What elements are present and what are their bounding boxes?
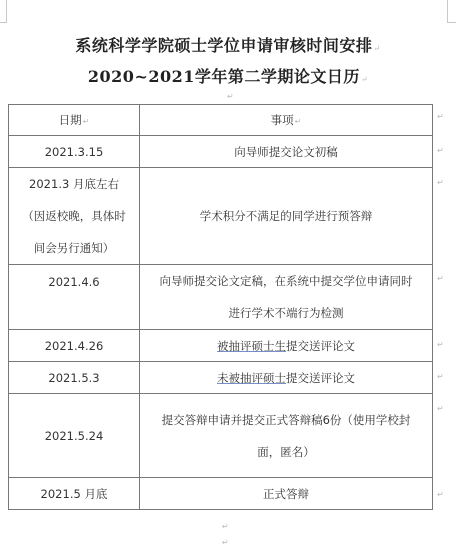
date-cell: 2021.5 月底: [9, 478, 140, 510]
item-cell: 向导师提交论文定稿，在系统中提交学位申请同时 进行学术不端行为检测: [140, 265, 433, 330]
item-cell: 提交答辩申请并提交正式答辩稿6份（使用学校封 面，匿名）: [140, 394, 433, 478]
row-end-mark: ↵: [437, 146, 444, 155]
item-cell: 向导师提交论文初稿: [140, 136, 433, 168]
item-line: 进行学术不端行为检测: [146, 297, 426, 329]
date-cell: 2021.5.24: [9, 394, 140, 478]
paragraph-mark: ↵: [295, 117, 302, 126]
row-end-mark: ↵: [437, 178, 444, 187]
paragraph-mark: ↵: [373, 44, 380, 53]
item-line: 向导师提交论文定稿，在系统中提交学位申请同时: [146, 265, 426, 297]
date-cell: 2021.4.26: [9, 330, 140, 362]
subtitle-text: 2020~2021学年第二学期论文日历: [88, 67, 360, 86]
paragraph-mark: ↵: [222, 538, 229, 547]
table-row: 2021.3.15 向导师提交论文初稿: [9, 136, 433, 168]
row-end-mark: ↵: [437, 372, 444, 381]
title-text: 系统科学学院硕士学位申请审核时间安排: [75, 36, 372, 55]
item-text: 提交送评论文: [286, 371, 355, 385]
header-date: 日期↵: [9, 105, 140, 136]
document-subtitle: 2020~2021学年第二学期论文日历↵: [0, 64, 456, 87]
page-corner-mark-right: [447, 0, 456, 23]
item-line: 面，匿名）: [146, 436, 426, 468]
table-row: 2021.4.6 向导师提交论文定稿，在系统中提交学位申请同时 进行学术不端行为…: [9, 265, 433, 330]
paragraph-mark: ↵: [83, 117, 90, 126]
header-item-label: 事项: [271, 113, 294, 127]
thesis-calendar-table: 日期↵ 事项↵ 2021.3.15 向导师提交论文初稿 2021.3 月底左右 …: [8, 104, 433, 510]
table-row: 2021.4.26 被抽评硕士生提交送评论文: [9, 330, 433, 362]
page-corner-mark-left: [0, 0, 7, 23]
underlined-text: 未被抽评硕士: [217, 371, 286, 385]
item-line: 提交答辩申请并提交正式答辩稿6份（使用学校封: [146, 404, 426, 436]
date-cell: 2021.3.15: [9, 136, 140, 168]
paragraph-mark: ↵: [361, 75, 368, 84]
item-cell: 学术积分不满足的同学进行预答辩: [140, 168, 433, 265]
paragraph-mark: ↵: [222, 522, 229, 531]
underlined-text: 被抽评硕士生: [217, 339, 286, 353]
row-end-mark: ↵: [437, 112, 444, 121]
header-date-label: 日期: [59, 113, 82, 127]
table-row: 2021.5.3 未被抽评硕士提交送评论文: [9, 362, 433, 394]
document-title: 系统科学学院硕士学位申请审核时间安排↵: [0, 33, 456, 56]
date-line: 2021.3 月底左右: [15, 168, 133, 200]
table-row: 2021.5.24 提交答辩申请并提交正式答辩稿6份（使用学校封 面，匿名）: [9, 394, 433, 478]
paragraph-mark: ↵: [227, 92, 234, 101]
date-cell: 2021.5.3: [9, 362, 140, 394]
header-item: 事项↵: [140, 105, 433, 136]
date-cell: 2021.4.6: [9, 265, 140, 330]
item-cell: 被抽评硕士生提交送评论文: [140, 330, 433, 362]
row-end-mark: ↵: [437, 490, 444, 499]
table-row: 2021.3 月底左右 （因返校晚，具体时 间会另行通知） 学术积分不满足的同学…: [9, 168, 433, 265]
date-line: 间会另行通知）: [15, 232, 133, 264]
row-end-mark: ↵: [437, 274, 444, 283]
table-header-row: 日期↵ 事项↵: [9, 105, 433, 136]
date-line: （因返校晚，具体时: [15, 200, 133, 232]
item-cell: 正式答辩: [140, 478, 433, 510]
item-cell: 未被抽评硕士提交送评论文: [140, 362, 433, 394]
date-cell: 2021.3 月底左右 （因返校晚，具体时 间会另行通知）: [9, 168, 140, 265]
row-end-mark: ↵: [437, 340, 444, 349]
row-end-mark: ↵: [437, 404, 444, 413]
item-text: 提交送评论文: [286, 339, 355, 353]
table-row: 2021.5 月底 正式答辩: [9, 478, 433, 510]
